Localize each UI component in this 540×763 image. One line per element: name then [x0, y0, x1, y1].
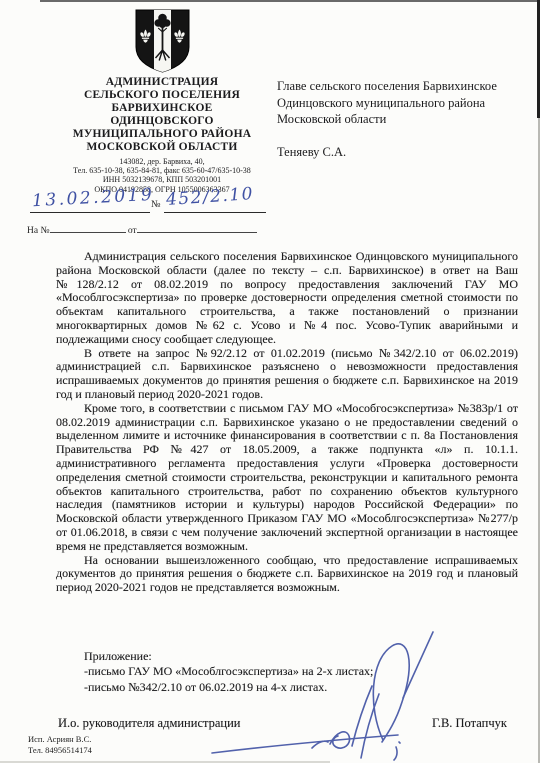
org-phones: Тел. 635-10-38, 635-84-81, факс 635-60-4…: [30, 166, 294, 175]
org-name-line: ОДИНЦОВСКОГО: [30, 115, 294, 128]
addressee-line: Главе сельского поселения Барвихинское: [277, 78, 527, 95]
signatory-position: И.о. руководителя администрации: [58, 716, 240, 731]
attachment-item: -письмо №342/2.10 от 06.02.2019 на 4-х л…: [84, 680, 373, 695]
reference-number-blank: [50, 222, 126, 233]
org-name-line: МОСКОВСКОЙ ОБЛАСТИ: [30, 141, 294, 154]
scan-edge-top: [40, 0, 540, 2]
reference-na-label: На №: [27, 226, 50, 236]
addressee-line: Одинцовского муниципального района: [277, 95, 527, 112]
outgoing-number-line: № 13.02.2019 452/2.10: [30, 190, 270, 216]
reference-ot-label: от: [128, 226, 137, 236]
date-blank-underline: [30, 212, 150, 213]
executor-block: Исп. Асриян В.С. Тел. 84956514174: [28, 734, 92, 756]
number-blank-underline: [164, 212, 266, 213]
scanned-letter-page: АДМИНИСТРАЦИЯ СЕЛЬСКОГО ПОСЕЛЕНИЯ БАРВИХ…: [0, 0, 540, 763]
org-name-line: СЕЛЬСКОГО ПОСЕЛЕНИЯ: [30, 89, 294, 102]
reference-date-blank: [137, 222, 257, 233]
body-paragraph: Администрация сельского поселения Барвих…: [56, 250, 518, 347]
org-name-line: АДМИНИСТРАЦИЯ: [30, 76, 294, 89]
body-paragraph: Кроме того, в соответствии с письмом ГАУ…: [56, 402, 518, 554]
org-address: 143082, дер. Барвиха, 40,: [30, 157, 294, 166]
body-paragraph: В ответе на запрос №92/2.12 от 01.02.201…: [56, 347, 518, 402]
attachment-title: Приложение:: [84, 649, 373, 664]
executor-name: Исп. Асриян В.С.: [28, 734, 92, 745]
reference-line: На № от: [27, 222, 257, 236]
org-name-line: МУНИЦИПАЛЬНОГО РАЙОНА: [30, 128, 294, 141]
org-name-line: БАРВИХИНСКОЕ: [30, 102, 294, 115]
attachment-item: -письмо ГАУ МО «Мособлгосэкспертиза» на …: [84, 664, 373, 679]
org-inn-kpp: ИНН 5032139678, КПП 503201001: [30, 175, 294, 184]
letterhead: АДМИНИСТРАЦИЯ СЕЛЬСКОГО ПОСЕЛЕНИЯ БАРВИХ…: [30, 76, 294, 194]
coat-of-arms-icon: [134, 9, 191, 73]
letter-body: Администрация сельского поселения Барвих…: [56, 250, 518, 595]
addressee-name: Теняеву С.А.: [277, 144, 527, 161]
attachment-block: Приложение: -письмо ГАУ МО «Мособлгосэкс…: [84, 649, 373, 695]
body-paragraph: На основании вышеизложенного сообщаю, чт…: [56, 554, 518, 595]
addressee-line: Московской области: [277, 111, 527, 128]
addressee-block: Главе сельского поселения Барвихинское О…: [277, 78, 527, 160]
executor-phone: Тел. 84956514174: [28, 745, 92, 756]
signatory-name: Г.В. Потапчук: [432, 716, 507, 731]
